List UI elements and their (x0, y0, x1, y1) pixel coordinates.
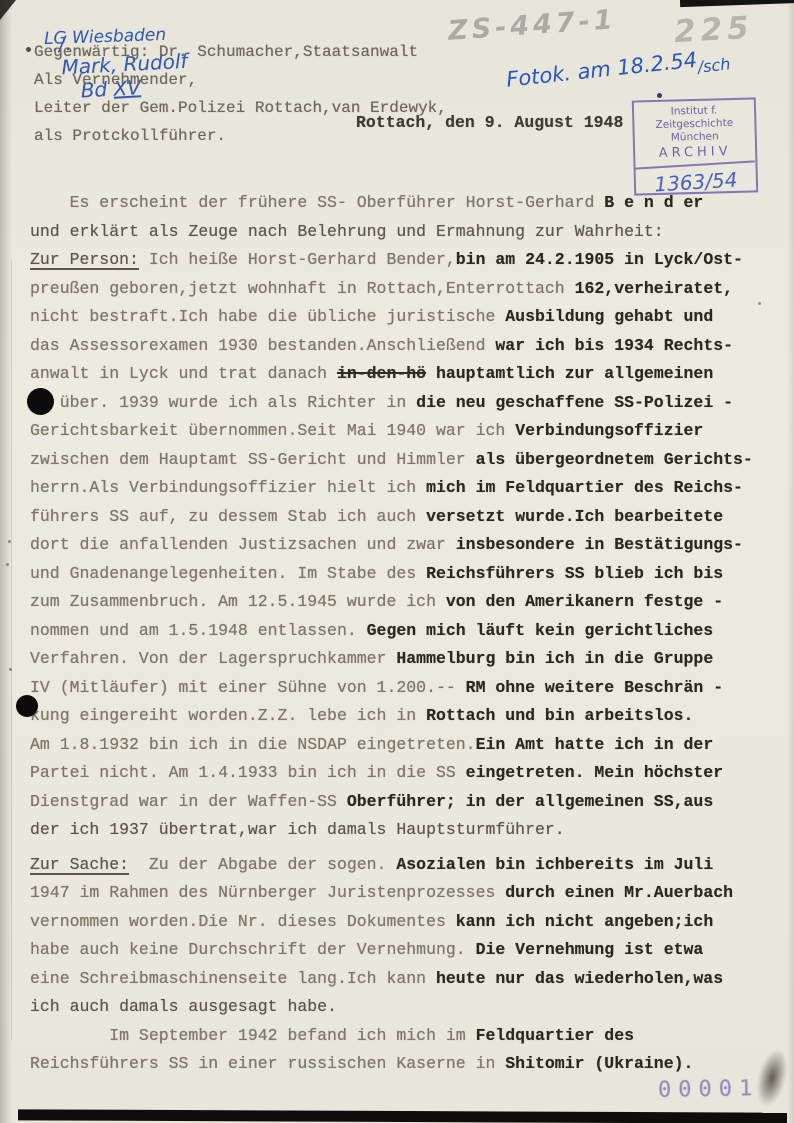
body-line: nommen und am 1.5.1948 entlassen. Gegen … (30, 617, 775, 646)
body-line: herrn.Als Verbindungsoffizier hielt ich … (30, 474, 775, 503)
text-segment: das Assessorexamen 1930 bestanden.Anschl… (30, 336, 495, 355)
text-segment: habe auch keine Durchschrift der Vernehm… (30, 940, 476, 959)
text-segment: anwalt in Lyck und trat danach (30, 364, 337, 383)
body-line: zwischen dem Hauptamt SS-Gericht und Him… (30, 446, 775, 475)
text-segment: Im September 1942 befand ich mich im (30, 1026, 476, 1045)
header-line: Als Vernehmender, (34, 66, 447, 94)
text-segment: Ein Amt hatte ich in der (476, 735, 714, 754)
text-segment: Ich heiße Horst-Gerhard Bender, (139, 250, 456, 269)
page-number-stamp: 00001 (658, 1076, 760, 1103)
body-line: das Assessorexamen 1930 bestanden.Anschl… (30, 332, 775, 361)
handwritten-photo-note: Fotok. am 18.2.54/sch (505, 44, 731, 96)
text-segment: kung eingereiht worden.Z.Z. lebe ich in (30, 706, 426, 725)
body-line: dort die anfallenden Justizsachen und zw… (30, 531, 775, 560)
pencil-page-number: 225 (673, 10, 754, 50)
text-segment: herrn.Als Verbindungsoffizier hielt ich (30, 478, 426, 497)
text-segment: durch einen Mr.Auerbach (505, 883, 733, 902)
body-line: nicht bestraft.Ich habe die übliche juri… (30, 303, 775, 332)
scan-edge-bottom (18, 1109, 787, 1123)
text-segment: preußen geboren,jetzt wohnhaft in Rottac… (30, 279, 575, 298)
text-segment: der ich 1937 übertrat,war ich damals Hau… (30, 820, 565, 839)
body-line: eine Schreibmaschinenseite lang.Ich kann… (30, 965, 775, 994)
body-line: Reichsführers SS in einer russischen Kas… (30, 1050, 775, 1079)
text-segment: Verfahren. Von der Lagerspruchkammer (30, 649, 396, 668)
body-line: Partei nicht. Am 1.4.1933 bin ich in die… (30, 759, 775, 788)
text-segment: Gegenwärtig: Dr. Schumacher,Staatsanwalt (34, 43, 418, 61)
text-segment: führers SS auf, zu dessem Stab ich auch (30, 507, 426, 526)
paper-crease (11, 260, 12, 1040)
text-segment: und erklärt als Zeuge nach Belehrung und… (30, 222, 664, 241)
body-line: Gerichtsbarkeit übernommen.Seit Mai 1940… (30, 417, 775, 446)
text-segment: SS über. 1939 wurde ich als Richter in (30, 393, 416, 412)
text-segment: hauptamtlich zur allgemeinen (426, 364, 713, 383)
text-segment: die neu geschaffene SS-Polizei - (416, 393, 733, 412)
text-segment: in-den-hö (337, 364, 426, 383)
text-segment: von den Amerikanern festge - (446, 592, 723, 611)
text-segment: nicht bestraft.Ich habe die übliche juri… (30, 307, 505, 326)
text-segment: Gegen mich läuft kein gerichtliches (367, 621, 714, 640)
text-segment: Ausbildung gehabt und (505, 307, 713, 326)
ink-dot (26, 47, 31, 52)
document-page: ./. Mark, Rudolf Bd XV LG Wiesbaden ZS-4… (0, 0, 794, 1123)
typed-body: Es erscheint der frühere SS- Oberführer … (30, 189, 775, 1079)
text-segment: Asozialen bin ichbereits im Juli (396, 855, 713, 874)
text-segment: Zur Person: (30, 250, 139, 269)
text-segment: eingetreten. Mein höchster (466, 763, 723, 782)
typed-header: Gegenwärtig: Dr. Schumacher,Staatsanwalt… (34, 38, 447, 150)
body-line: Verfahren. Von der Lagerspruchkammer Ham… (30, 645, 775, 674)
stamp-institute: Institut f. Zeitgeschichte (634, 103, 755, 132)
text-segment: Dienstgrad war in der Waffen-SS (30, 792, 347, 811)
text-segment: 162,verheiratet, (575, 279, 733, 298)
text-segment: Reichsführers SS in einer russischen Kas… (30, 1054, 505, 1073)
body-line: preußen geboren,jetzt wohnhaft in Rottac… (30, 275, 775, 304)
body-line: Es erscheint der frühere SS- Oberführer … (30, 189, 775, 218)
text-segment: nommen und am 1.5.1948 entlassen. (30, 621, 367, 640)
text-segment: Als Vernehmender, (34, 71, 197, 89)
body-line: Dienstgrad war in der Waffen-SS Oberführ… (30, 788, 775, 817)
body-line: zum Zusammenbruch. Am 12.5.1945 wurde ic… (30, 588, 775, 617)
body-line: SS über. 1939 wurde ich als Richter in d… (30, 389, 775, 418)
text-segment: kann ich nicht angeben;ich (456, 912, 713, 931)
text-segment: IV (Mitläufer) mit einer Sühne von 1.200… (30, 678, 466, 697)
hole-punch (16, 695, 38, 717)
text-segment: Die Vernehmung ist etwa (476, 940, 704, 959)
text-segment: Hammelburg bin ich in die Gruppe (396, 649, 713, 668)
text-segment: RM ohne weitere Beschrän - (466, 678, 723, 697)
text-segment: B e n d er (604, 193, 703, 212)
paper-speck (8, 540, 11, 543)
body-line: Am 1.8.1932 bin ich in die NSDAP eingetr… (30, 731, 775, 760)
body-line: ich auch damals ausgesagt habe. (30, 993, 775, 1022)
text-segment: Feldquartier des (476, 1026, 634, 1045)
text-segment: mich im Feldquartier des Reichs- (426, 478, 743, 497)
photo-note-initials: /sch (697, 54, 731, 76)
pencil-reference-number: ZS-447-1 (447, 4, 617, 47)
text-segment: dort die anfallenden Justizsachen und zw… (30, 535, 456, 554)
body-line: vernommen worden.Die Nr. dieses Dokument… (30, 908, 775, 937)
text-segment: Partei nicht. Am 1.4.1933 bin ich in die… (30, 763, 466, 782)
text-segment: war ich bis 1934 Rechts- (495, 336, 733, 355)
body-line: Im September 1942 befand ich mich im Fel… (30, 1022, 775, 1051)
text-segment: heute nur das wiederholen,was (436, 969, 723, 988)
text-segment: insbesondere in Bestätigungs- (456, 535, 743, 554)
text-segment: versetzt wurde.Ich bearbeitete (426, 507, 723, 526)
header-line: Gegenwärtig: Dr. Schumacher,Staatsanwalt (34, 38, 447, 66)
paper-edge-shadow-right (787, 0, 794, 1123)
text-segment: Verbindungsoffizier (515, 421, 703, 440)
hole-punch (27, 388, 54, 415)
text-segment: zwischen dem Hauptamt SS-Gericht und Him… (30, 450, 476, 469)
stamp-archive-label: ARCHIV (635, 142, 755, 162)
text-segment: ich auch damals ausgesagt habe. (30, 997, 337, 1016)
paper-speck (6, 563, 9, 566)
body-line: führers SS auf, zu dessem Stab ich auch … (30, 503, 775, 532)
scan-edge-top (680, 0, 794, 7)
body-line: anwalt in Lyck und trat danach in-den-hö… (30, 360, 775, 389)
text-segment: Gerichtsbarkeit übernommen.Seit Mai 1940… (30, 421, 515, 440)
text-segment: Es erscheint der frühere SS- Oberführer … (30, 193, 604, 212)
body-line: 1947 im Rahmen des Nürnberger Juristenpr… (30, 879, 775, 908)
text-segment: Zur Sache: (30, 855, 129, 874)
text-segment: Oberführer; in der allgemeinen SS,aus (347, 792, 713, 811)
text-segment: zum Zusammenbruch. Am 12.5.1945 wurde ic… (30, 592, 446, 611)
text-segment: Reichsführers SS blieb ich bis (426, 564, 723, 583)
body-line: und erklärt als Zeuge nach Belehrung und… (30, 218, 775, 247)
text-segment: als übergeordnetem Gerichts- (476, 450, 753, 469)
body-line: und Gnadenangelegenheiten. Im Stabe des … (30, 560, 775, 589)
body-line: habe auch keine Durchschrift der Vernehm… (30, 936, 775, 965)
dateline: Rottach, den 9. August 1948 (356, 113, 623, 132)
text-segment: Shitomir (Ukraine). (505, 1054, 693, 1073)
text-segment: Rottach und bin arbeitslos. (426, 706, 693, 725)
text-segment: und Gnadenangelegenheiten. Im Stabe des (30, 564, 426, 583)
text-segment: Am 1.8.1932 bin ich in die NSDAP eingetr… (30, 735, 476, 754)
body-line: Zur Person: Ich heiße Horst-Gerhard Bend… (30, 246, 775, 275)
body-line: Zur Sache: Zu der Abgabe der sogen. Asoz… (30, 851, 775, 880)
body-line: der ich 1937 übertrat,war ich damals Hau… (30, 816, 775, 845)
text-segment: vernommen worden.Die Nr. dieses Dokument… (30, 912, 456, 931)
photo-note-text: Fotok. am 18.2.54 (505, 48, 698, 92)
paper-speck (9, 668, 12, 671)
archive-stamp: Institut f. Zeitgeschichte München ARCHI… (632, 97, 758, 195)
text-segment: bin am 24.2.1905 in Lyck/Ost- (456, 250, 743, 269)
body-line: IV (Mitläufer) mit einer Sühne von 1.200… (30, 674, 775, 703)
text-segment: 1947 im Rahmen des Nürnberger Juristenpr… (30, 883, 505, 902)
text-segment: Zu der Abgabe der sogen. (129, 855, 396, 874)
text-segment: eine Schreibmaschinenseite lang.Ich kann (30, 969, 436, 988)
text-segment: als Protckollführer. (34, 127, 226, 145)
body-line: kung eingereiht worden.Z.Z. lebe ich in … (30, 702, 775, 731)
ink-dot (657, 93, 662, 98)
